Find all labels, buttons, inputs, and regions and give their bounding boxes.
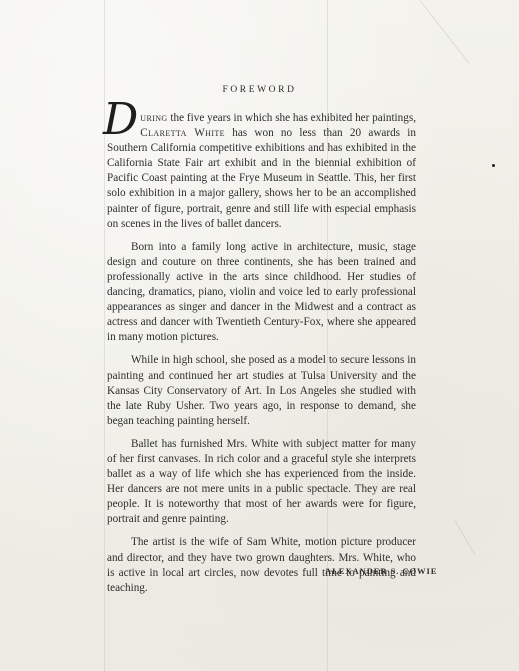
paragraph-4: Ballet has furnished Mrs. White with sub… xyxy=(107,437,416,528)
paragraph-text: has won no less than 20 awards in Southe… xyxy=(107,127,416,230)
paragraph-2: Born into a family long active in archit… xyxy=(107,240,416,346)
paper-crease xyxy=(455,520,476,555)
ink-speck xyxy=(492,164,495,167)
lead-text: the five years in which she has exhibite… xyxy=(168,112,416,124)
author-signature: ALEXANDER S. COWIE xyxy=(325,566,437,576)
page-heading: FOREWORD xyxy=(0,85,519,95)
artist-name: Claretta White xyxy=(140,127,225,139)
foreword-body: During the five years in which she has e… xyxy=(107,111,416,604)
paragraph-3: While in high school, she posed as a mod… xyxy=(107,353,416,428)
lead-smallcaps: uring xyxy=(140,112,167,124)
drop-cap: D xyxy=(103,103,138,133)
paragraph-1: During the five years in which she has e… xyxy=(107,111,416,232)
paper-crease xyxy=(420,0,470,64)
